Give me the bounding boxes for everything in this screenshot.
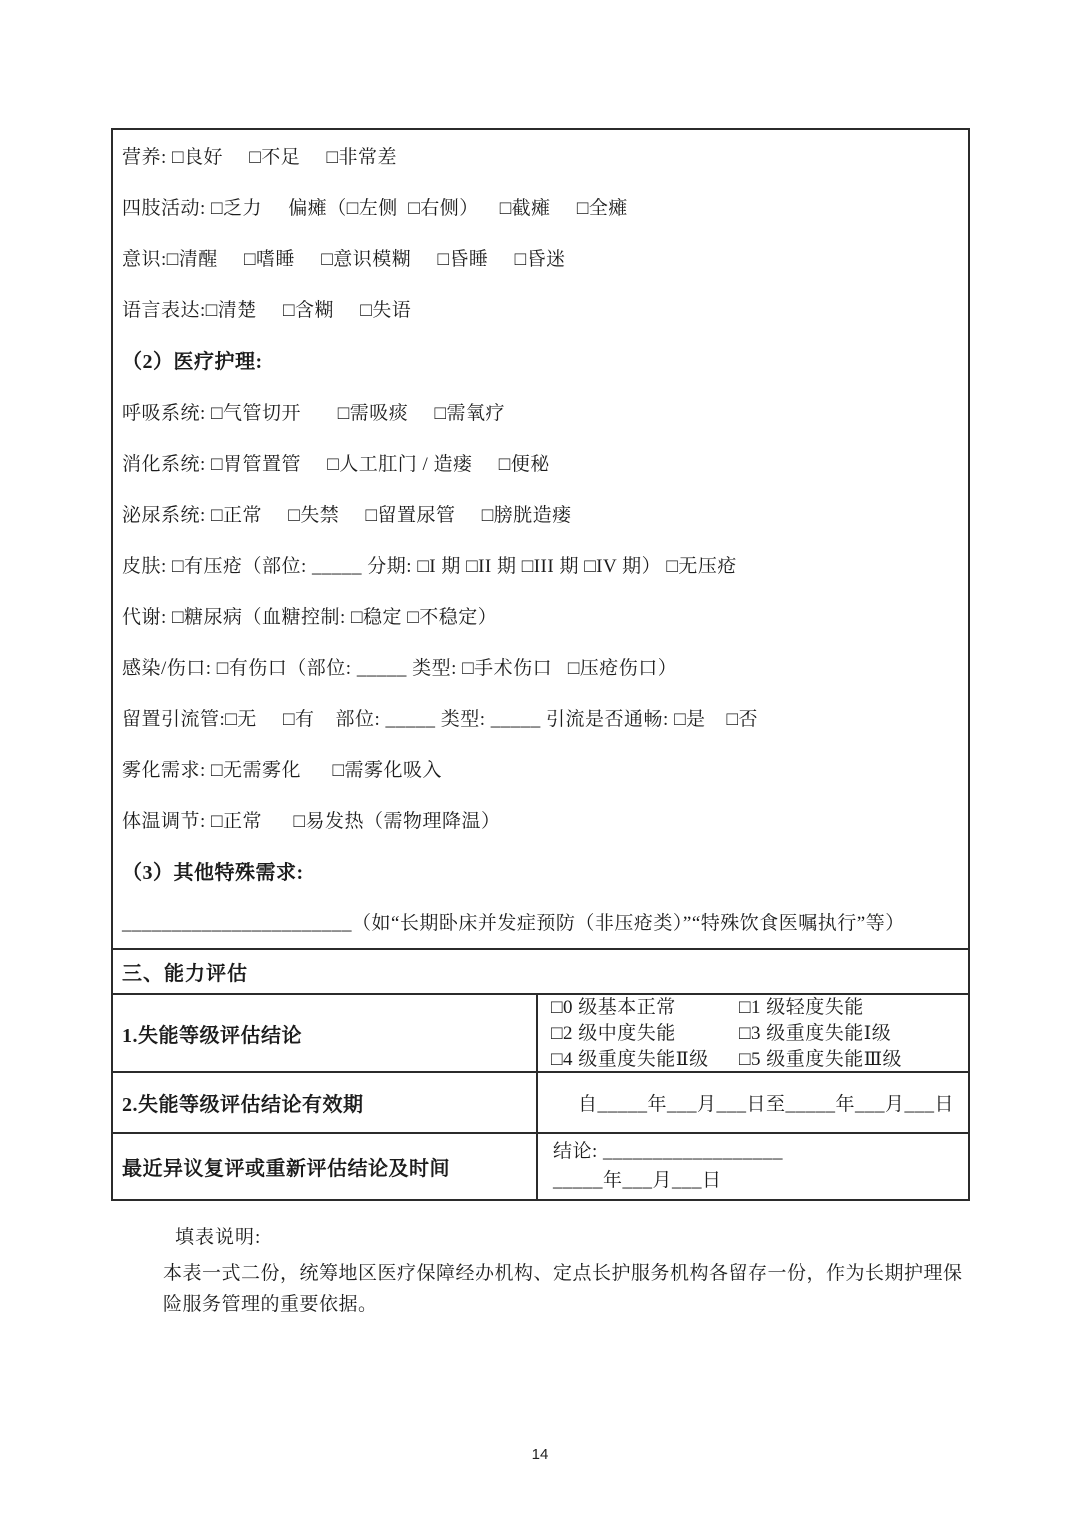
notes-body: 本表一式二份，统筹地区医疗保障经办机构、定点长护服务机构各留存一份，作为长期护理…: [163, 1258, 965, 1320]
page-number: 14: [0, 1446, 1080, 1463]
form-line-respiratory: 呼吸系统: □气管切开 □需吸痰 □需氧疗: [122, 385, 960, 436]
form-line-metabolism: 代谢: □糖尿病（血糖控制: □稳定 □不稳定）: [122, 590, 960, 641]
table-row-reassessment: 最近异议复评或重新评估结论及时间 结论: __________________ …: [113, 1132, 968, 1199]
option-level-1: □1 级轻度失能: [739, 997, 864, 1018]
form-line-consciousness: 意识:□清醒 □嗜睡 □意识模糊 □昏睡 □昏迷: [122, 232, 960, 283]
subsection-other-needs-title: （3）其他特殊需求:: [122, 845, 960, 896]
form-line-nutrition: 营养: □良好 □不足 □非常差: [122, 130, 960, 181]
row-value-validity-period: 自_____年___月___日至_____年___月___日: [538, 1073, 968, 1132]
table-row-disability-level: 1.失能等级评估结论 □0 级基本正常□1 级轻度失能 □2 级中度失能□3 级…: [113, 993, 968, 1071]
form-line-drainage-tube: 留置引流管:□无 □有 部位: _____ 类型: _____ 引流是否通畅: …: [122, 692, 960, 743]
form-line-limb-activity: 四肢活动: □乏力 偏瘫（□左侧 □右侧） □截瘫 □全瘫: [122, 181, 960, 232]
row-label-reassessment: 最近异议复评或重新评估结论及时间: [113, 1134, 538, 1199]
notes-title: 填表说明:: [175, 1222, 261, 1249]
form-line-urinary: 泌尿系统: □正常 □失禁 □留置尿管 □膀胱造瘘: [122, 488, 960, 539]
table-row-validity-period: 2.失能等级评估结论有效期 自_____年___月___日至_____年___月…: [113, 1071, 968, 1132]
option-level-2: □2 级中度失能: [551, 1021, 739, 1047]
reassessment-conclusion-blank: 结论: __________________: [553, 1137, 968, 1166]
option-level-4: □4 级重度失能Ⅱ级: [551, 1047, 739, 1073]
form-line-skin: 皮肤: □有压疮（部位: _____ 分期: □I 期 □II 期 □III 期…: [122, 539, 960, 590]
form-border-box: 营养: □良好 □不足 □非常差 四肢活动: □乏力 偏瘫（□左侧 □右侧） □…: [111, 128, 970, 1201]
subsection-medical-care-title: （2）医疗护理:: [122, 334, 960, 385]
row-label-disability-level: 1.失能等级评估结论: [113, 995, 538, 1073]
form-line-other-needs-blank: _______________________（如“长期卧床并发症预防（非压疮类…: [122, 896, 960, 947]
option-level-0: □0 级基本正常: [551, 995, 739, 1021]
section-ability-assessment-title: 三、能力评估: [113, 948, 968, 993]
option-line: □2 级中度失能□3 级重度失能Ⅰ级: [551, 1021, 968, 1047]
form-line-temperature: 体温调节: □正常 □易发热（需物理降温）: [122, 794, 960, 845]
form-line-nebulization: 雾化需求: □无需雾化 □需雾化吸入: [122, 743, 960, 794]
checklist-section: 营养: □良好 □不足 □非常差 四肢活动: □乏力 偏瘫（□左侧 □右侧） □…: [113, 130, 968, 948]
option-line: □4 级重度失能Ⅱ级□5 级重度失能Ⅲ级: [551, 1047, 968, 1073]
form-line-digestive: 消化系统: □胃管置管 □人工肛门 / 造瘘 □便秘: [122, 437, 960, 488]
form-line-infection-wound: 感染/伤口: □有伤口（部位: _____ 类型: □手术伤口 □压疮伤口）: [122, 641, 960, 692]
option-level-5: □5 级重度失能Ⅲ级: [739, 1049, 902, 1070]
option-level-3: □3 级重度失能Ⅰ级: [739, 1023, 891, 1044]
row-label-validity-period: 2.失能等级评估结论有效期: [113, 1073, 538, 1132]
row-value-reassessment: 结论: __________________ _____年___月___日: [538, 1134, 968, 1199]
form-line-language: 语言表达:□清楚 □含糊 □失语: [122, 283, 960, 334]
row-value-disability-options: □0 级基本正常□1 级轻度失能 □2 级中度失能□3 级重度失能Ⅰ级 □4 级…: [538, 995, 968, 1073]
reassessment-date-blank: _____年___月___日: [553, 1166, 968, 1195]
option-line: □0 级基本正常□1 级轻度失能: [551, 995, 968, 1021]
